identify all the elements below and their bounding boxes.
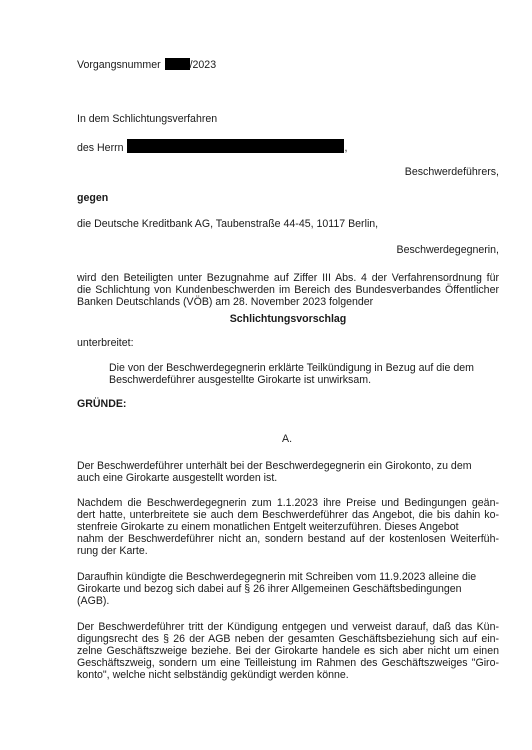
paragraph-line: nahm der Beschwerdeführer nicht an, sond… [77, 533, 499, 545]
preamble-line: die Schlichtung von Kundenbeschwerden im… [77, 284, 499, 296]
paragraph-line: Nachdem die Beschwerdegegnerin zum 1.1.2… [77, 497, 499, 509]
proposal-title: Schlichtungsvorschlag [0, 313, 532, 325]
respondent-role: Beschwerdegegnerin, [397, 244, 499, 256]
case-number-year: /2023 [190, 59, 217, 71]
preamble-line: wird den Beteiligten unter Bezugnahme au… [77, 272, 499, 284]
complainant-role: Beschwerdeführers, [405, 166, 499, 178]
respondent-address: die Deutsche Kreditbank AG, Taubenstraße… [77, 218, 378, 230]
procedure-text: In dem Schlichtungsverfahren [77, 113, 217, 125]
paragraph-line: digungsrecht des § 26 der AGB neben der … [77, 633, 499, 645]
paragraph-line: rung der Karte. [77, 545, 148, 557]
paragraph-line: Der Beschwerdeführer tritt der Kündigung… [77, 621, 499, 633]
case-number-line: Vorgangsnummer /2023 [77, 58, 216, 71]
paragraph-line: zelne Geschäftszweige beziehe. Bei der G… [77, 645, 499, 657]
paragraph-line: Daraufhin kündigte die Beschwerdegegneri… [77, 571, 476, 583]
complainant-suffix: , [344, 142, 347, 154]
reasons-heading: GRÜNDE: [77, 398, 126, 410]
paragraph-line: Der Beschwerdeführer unterhält bei der B… [77, 460, 472, 472]
redacted-complainant-name [127, 139, 344, 153]
preamble-line: Banken Deutschlands (VÖB) am 28. Novembe… [77, 296, 373, 308]
complainant-line: des Herrn , [77, 139, 347, 154]
paragraph-line: stenfreie Girokarte zu einem monatlichen… [77, 521, 459, 533]
against-label: gegen [77, 192, 108, 204]
paragraph-line: Geschäftszweig, sondern um eine Teilleis… [77, 657, 499, 669]
paragraph-line: (AGB). [77, 595, 109, 607]
case-number-label: Vorgangsnummer [77, 59, 161, 71]
complainant-prefix: des Herrn [77, 142, 124, 154]
paragraph-line: Girokarte und bezog sich dabei auf § 26 … [77, 583, 462, 595]
ruling-line: Die von der Beschwerdegegnerin erklärte … [109, 362, 474, 374]
submitted-label: unterbreitet: [77, 337, 134, 349]
redacted-case-number [165, 58, 190, 70]
paragraph-line: auch eine Girokarte ausgestellt worden i… [77, 472, 277, 484]
ruling-line: Beschwerdeführer ausgestellte Girokarte … [109, 374, 371, 386]
paragraph-line: konto", welche nicht selbständig gekündi… [77, 669, 349, 681]
section-label: A. [282, 433, 292, 445]
paragraph-line: dert hatte, unterbreitete sie auch dem B… [77, 509, 499, 521]
